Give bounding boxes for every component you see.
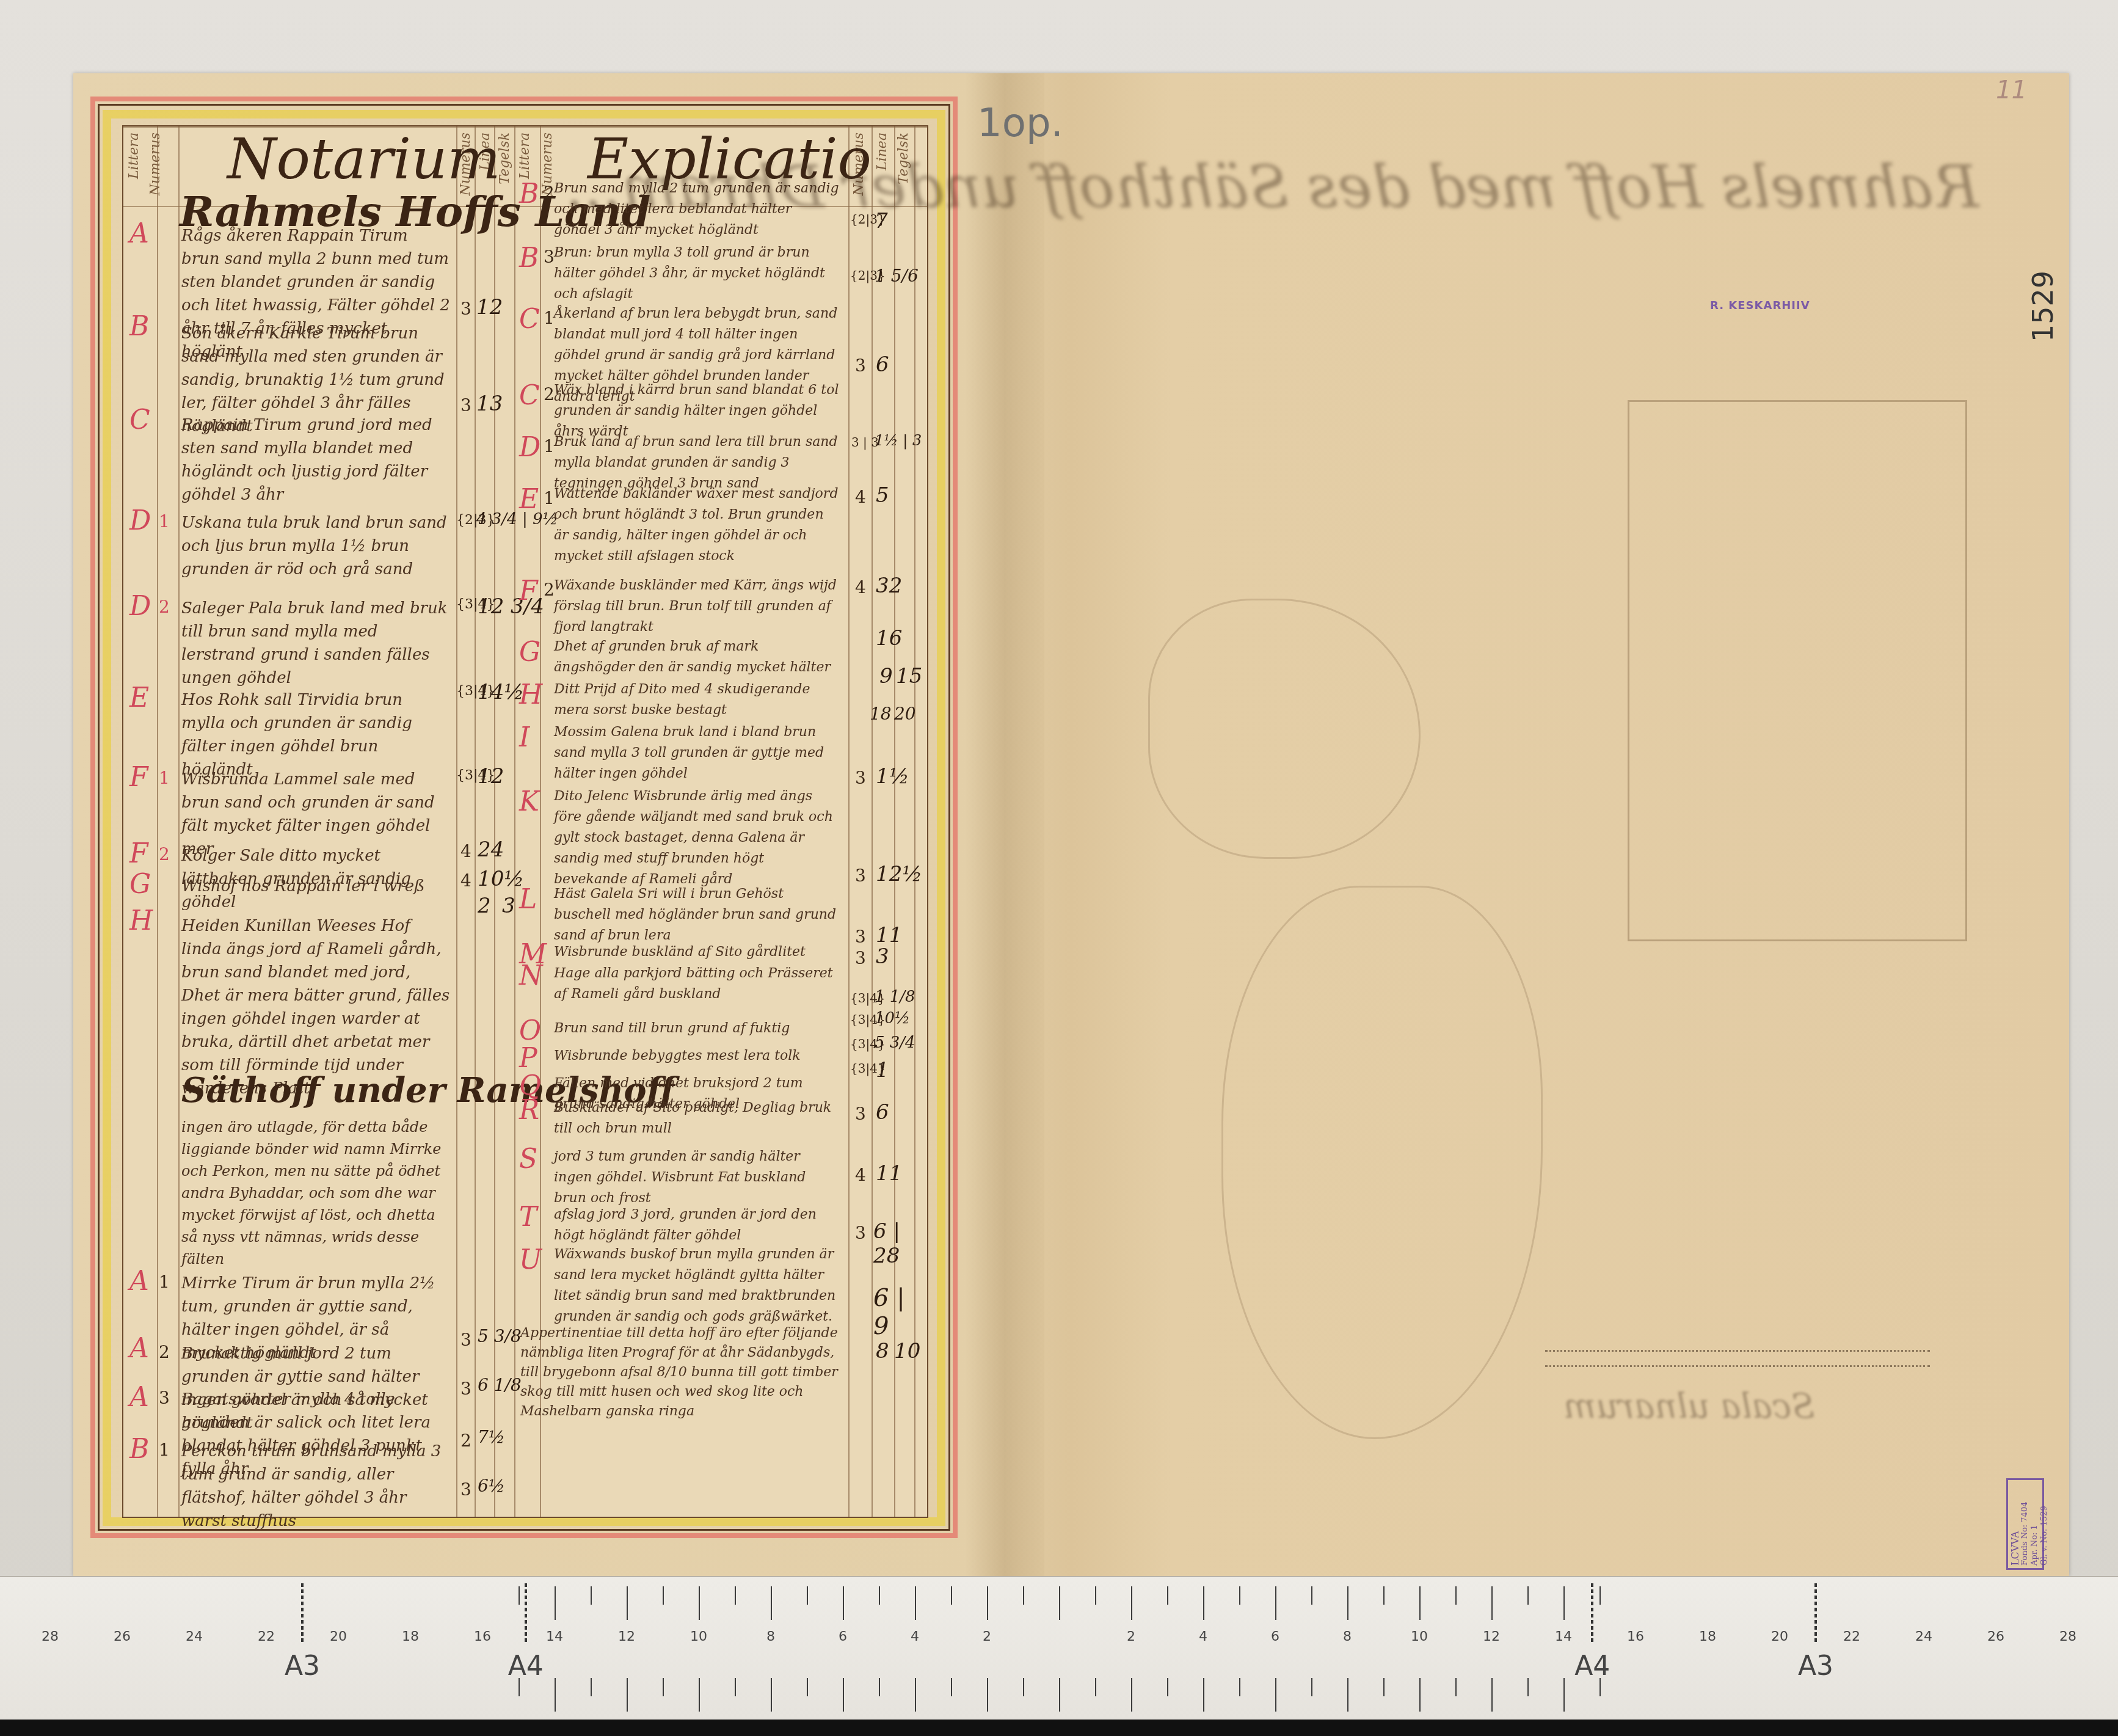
entry-value-numerus: 3 [460, 1479, 471, 1500]
ruler-tick-label: 24 [1915, 1629, 1932, 1644]
entry-value-linea: 1 [876, 1058, 889, 1082]
ruler-tick [807, 1586, 808, 1605]
ruler-tick-label: 26 [114, 1629, 131, 1644]
entry-letter: E [129, 682, 149, 713]
ruler-tick [1023, 1586, 1024, 1605]
entry-value-linea: 7½ [478, 1427, 505, 1447]
entry-value-tegelsk: 20 [894, 704, 916, 724]
appertinentiae-text: Appertinentiae till detta hoff äro efter… [520, 1324, 850, 1421]
entry-text: Dhet af grunden bruk af mark ängshögder … [554, 636, 841, 678]
entry-value-numerus: 3 [460, 1330, 471, 1350]
entry-text: Perckon tirum brunsand mylla 3 tum grund… [181, 1440, 450, 1533]
entry-value-linea: 1½ [876, 764, 909, 789]
entry-value-linea: 5 3/4 [875, 1034, 915, 1052]
entry-value-linea: 3 [876, 944, 889, 969]
title-notarium: Notarium [227, 126, 501, 192]
entry-letter: G [129, 869, 151, 900]
ruler-tick-label: 6 [1271, 1629, 1279, 1644]
entry-number: 1 [544, 308, 555, 328]
entry-text: afslag jord 3 jord, grunden är jord den … [554, 1205, 841, 1246]
ruler-tick [1599, 1586, 1601, 1605]
entry-text: Brun sand till brun grund af fuktig [554, 1018, 841, 1039]
stamp-line: Gl. v. No: 1529 [2040, 1483, 2050, 1566]
ruler-tick [1563, 1586, 1565, 1620]
entry-number: 2 [159, 1342, 170, 1362]
ruler-tick [1311, 1678, 1312, 1696]
entry-value-linea: 24 [478, 837, 504, 862]
entry-value-numerus: 4 [460, 841, 471, 861]
entry-text: Wisbrunde buskländ af Sito gårdlitet [554, 942, 841, 963]
ruler-tick [699, 1678, 700, 1712]
ruler-tick-label: 20 [1771, 1629, 1788, 1644]
ruler-tick [1239, 1678, 1240, 1696]
paper-size-marker: A4 [1574, 1650, 1610, 1682]
entry-letter: B [129, 311, 149, 342]
ruler-tick [951, 1678, 952, 1696]
ruler-tick [1095, 1678, 1096, 1696]
ruler-tick-label: 2 [983, 1629, 991, 1644]
entry-letter: B [519, 178, 539, 210]
paper-size-marker: A3 [285, 1650, 320, 1682]
entry-number: 1 [159, 1272, 170, 1292]
entry-letter: R [519, 1095, 539, 1126]
ruler-tick-label: 10 [690, 1629, 707, 1644]
ruler-tick [1059, 1586, 1060, 1620]
scale-label: Scala ulnarum [1563, 1387, 1815, 1426]
ruler-tick [1347, 1678, 1348, 1712]
entry-value-tegelsk: 15 [896, 664, 922, 688]
entry-value-numerus: 4 [460, 870, 471, 891]
ruler-tick [1023, 1678, 1024, 1696]
ruler-tick [1491, 1586, 1493, 1620]
entry-letter: C [519, 380, 540, 411]
ruler-tick [1455, 1586, 1457, 1605]
entry-number: 3 [544, 247, 555, 267]
entry-text: Mossim Galena bruk land i bland brun san… [554, 722, 841, 784]
entry-letter: A [129, 1333, 149, 1364]
entry-text: Wishof hos Rappain ler i wreß [181, 875, 450, 898]
entry-value-linea: 14½ [478, 680, 524, 704]
entry-letter: B [519, 243, 539, 274]
ruler-tick [771, 1586, 772, 1620]
mirrored-map-title: Rahmels Hoff med des Sähthoff under Dhra… [1075, 153, 1979, 221]
entry-letter: P [519, 1043, 537, 1074]
entry-letter: E [519, 484, 539, 515]
ruler-tick [987, 1678, 988, 1712]
scanner-edge [0, 1720, 2118, 1736]
paper-size-line [525, 1583, 527, 1644]
ruler-tick [1491, 1678, 1493, 1712]
stamp-line: Apr. No: 1 [2030, 1483, 2040, 1566]
entry-number: 1 [544, 436, 555, 456]
entry-number: 2 [544, 384, 555, 404]
entry-value-linea: 2 [478, 894, 491, 918]
paper-size-line [301, 1583, 304, 1644]
entry-letter: D [129, 505, 151, 536]
ruler-tick [1275, 1678, 1276, 1712]
ruler-tick-label: 8 [766, 1629, 775, 1644]
entry-value-linea: 1 1/8 [875, 988, 915, 1006]
entry-value-numerus: 3 [855, 1223, 866, 1243]
paper-size-line [1814, 1583, 1817, 1644]
appertinentiae-value-linea: 8 [876, 1339, 889, 1363]
entry-value-numerus: 3 [855, 927, 866, 947]
stamp-line: Fonds No: 7404 [2020, 1483, 2030, 1566]
ruler-tick [735, 1586, 736, 1605]
entry-text: Buskländer af Sito pradigt, Degliag bruk… [554, 1098, 841, 1139]
ruler-tick-label: 20 [330, 1629, 347, 1644]
ruler-tick-label: 12 [1483, 1629, 1500, 1644]
ruler-tick [843, 1678, 844, 1712]
entry-letter: F [129, 838, 148, 869]
entry-letter: C [129, 404, 150, 436]
entry-number: 1 [159, 1440, 170, 1460]
ruler-tick-label: 4 [911, 1629, 919, 1644]
column-header-littera: Littera [517, 133, 533, 179]
ruler-tick [1203, 1586, 1204, 1620]
entry-value-linea: 32 [876, 574, 902, 598]
ruler-tick [1095, 1586, 1096, 1605]
entry-letter: K [519, 786, 539, 817]
entry-number: 2 [159, 844, 170, 864]
ruler-tick-label: 14 [1555, 1629, 1572, 1644]
entry-value-linea: 13 [476, 392, 503, 416]
scale-bar [1545, 1350, 1930, 1367]
entry-value-numerus: 4 [855, 1165, 866, 1185]
appertinentiae-value-tegelsk: 10 [894, 1339, 920, 1363]
entry-letter: C [519, 304, 540, 335]
paper-size-marker: A3 [1798, 1650, 1833, 1682]
entry-value-linea: 16 [876, 626, 902, 651]
entry-value-tegelsk: 3 [502, 894, 515, 918]
ruler-tick [1239, 1586, 1240, 1605]
ruler-tick [591, 1586, 592, 1605]
ruler-tick-label: 28 [42, 1629, 59, 1644]
entry-letter: T [519, 1202, 537, 1233]
entry-value-linea: 12 [478, 764, 504, 789]
entry-letter: U [519, 1244, 542, 1275]
center-fold [965, 73, 1044, 1576]
entry-value-numerus: 3 [460, 1379, 471, 1399]
entry-number: 1 [544, 488, 555, 508]
ruler-tick [627, 1678, 628, 1712]
archive-stamp-keskarhiiv: R. KESKARHIIV [1710, 299, 1810, 312]
ruler-tick [807, 1678, 808, 1696]
entry-value-numerus: 4 [855, 577, 866, 597]
entry-value-numerus: 3 [855, 948, 866, 968]
ledger-table: Littera Numerus Numerus Linea Tegelsk Li… [122, 125, 928, 1518]
entry-number: 2 [544, 580, 555, 600]
entry-value-linea: 12 [476, 295, 503, 319]
ruler-tick-label: 26 [1987, 1629, 2004, 1644]
ruler-tick-label: 18 [402, 1629, 419, 1644]
entry-value-linea: 10½ [875, 1009, 910, 1027]
ruler-tick-label: 8 [1343, 1629, 1352, 1644]
entry-text: Wattende bakländer wäxer mest sandjord o… [554, 484, 841, 567]
ruler-tick [987, 1586, 988, 1620]
entry-text: Dito Jelenc Wisbrunde ärlig med ängs för… [554, 786, 841, 890]
ruler-tick-label: 2 [1127, 1629, 1135, 1644]
ruler-tick [699, 1586, 700, 1620]
entry-number: 3 [159, 1388, 170, 1408]
entry-value-linea: 9 [879, 664, 893, 688]
column-header-littera: Littera [126, 133, 142, 179]
pencil-note: 1op. [977, 101, 1063, 146]
ruler-tick [1131, 1586, 1132, 1620]
ruler-tick-label: 16 [1627, 1629, 1644, 1644]
ruler-tick-label: 14 [546, 1629, 563, 1644]
ruler-tick-label: 18 [1699, 1629, 1716, 1644]
entry-value-numerus: 4 [855, 487, 866, 507]
page-number: 11 [1996, 76, 2027, 104]
entry-value-linea: 6 | 28 [873, 1219, 927, 1268]
entry-value-linea: 18 [870, 704, 892, 724]
ruler-tick [1347, 1586, 1348, 1620]
entry-letter: F [129, 762, 148, 793]
entry-value-linea: 12½ [876, 862, 922, 886]
entry-value-linea: 6½ [478, 1476, 505, 1496]
entry-value-numerus: 3 [855, 866, 866, 886]
ruler-tick [843, 1586, 844, 1620]
entry-value-numerus: 3 [460, 299, 471, 319]
ruler-tick-label: 22 [258, 1629, 275, 1644]
ruler-tick [915, 1678, 916, 1712]
entry-text: Brun: brun mylla 3 toll grund är brun hä… [554, 243, 841, 305]
ruler-tick [1563, 1678, 1565, 1712]
entry-value-numerus: 3 [855, 1104, 866, 1124]
ruler-tick-label: 22 [1843, 1629, 1860, 1644]
ruler-tick-label: 10 [1411, 1629, 1428, 1644]
entry-value-linea: 4 3/4 | 9½ [476, 510, 558, 528]
entry-letter: D [129, 591, 151, 622]
stamp-title: LCVVA [2011, 1483, 2020, 1566]
ruler-tick [519, 1586, 520, 1605]
entry-text: Häst Galela Sri will i brun Gehöst busch… [554, 884, 841, 946]
ruler-tick-label: 6 [839, 1629, 847, 1644]
ruler-tick [879, 1678, 880, 1696]
ruler-tick [1275, 1586, 1276, 1620]
entry-letter: G [519, 636, 540, 668]
ruler-tick [915, 1586, 916, 1620]
ruler-tick [1527, 1586, 1529, 1605]
ruler-tick [1527, 1678, 1529, 1696]
entry-letter: H [519, 679, 542, 710]
ruler-tick [627, 1586, 628, 1620]
ruler-tick [555, 1678, 556, 1712]
entry-letter: F [519, 575, 538, 607]
entry-letter: L [519, 884, 537, 915]
entry-text: Rappain Tirum grund jord med sten sand m… [181, 414, 450, 506]
map-inset-frame [1628, 400, 1967, 941]
ruler-tick [771, 1678, 772, 1712]
ruler-tick-label: 16 [474, 1629, 491, 1644]
entry-value-numerus: 3 [855, 356, 866, 376]
entry-letter: B [129, 1434, 149, 1465]
entry-text: Wisbrunde bebyggtes mest lera tolk [554, 1046, 841, 1067]
entry-text: Wäxwands buskof brun mylla grunden är sa… [554, 1244, 841, 1327]
entry-value-linea: 11 [876, 923, 902, 947]
entry-value-linea: 6 [876, 1100, 889, 1125]
paper-size-marker: A4 [508, 1650, 544, 1682]
ruler-tick [1455, 1678, 1457, 1696]
ruler-tick [1059, 1678, 1060, 1712]
entry-value-linea: 1½ | 3 [875, 432, 922, 449]
entry-number: 1 [159, 511, 170, 531]
ruler-tick-label: 4 [1199, 1629, 1207, 1644]
paper-size-line [1591, 1583, 1593, 1644]
entry-number: 1 [159, 768, 170, 788]
lcvva-archive-stamp: LCVVA Fonds No: 7404 Apr. No: 1 Gl. v. N… [2006, 1478, 2044, 1570]
ruler-tick [735, 1678, 736, 1696]
entry-letter: O [519, 1015, 541, 1046]
entry-value-linea: 5 [876, 483, 889, 508]
entry-text: Ditt Prijd af Dito med 4 skudigerande me… [554, 679, 841, 721]
section-intro-text: ingen äro utlagde, för detta både liggia… [181, 1116, 450, 1270]
ruler-tick [1131, 1678, 1132, 1712]
ruler-tick [951, 1586, 952, 1605]
entry-letter: H [129, 905, 153, 936]
entry-value-numerus: 2 [460, 1431, 471, 1451]
entry-value-linea: 10½ [478, 867, 524, 891]
entry-letter: D [519, 432, 540, 463]
ruler-tick [663, 1586, 664, 1605]
entry-value-linea: 6 [876, 352, 889, 377]
entry-text: Wäxande buskländer med Kärr, ängs wijd f… [554, 575, 841, 638]
entry-letter: A [129, 1266, 149, 1297]
entry-number: 2 [159, 597, 170, 617]
ruler-tick-label: 12 [618, 1629, 635, 1644]
catalog-number: 1529 [2026, 271, 2059, 342]
ruler-tick [1203, 1678, 1204, 1712]
entry-value-numerus: 3 [855, 768, 866, 788]
ruler-tick [555, 1586, 556, 1620]
ruler-tick [591, 1678, 592, 1696]
ruler-tick-label: 24 [186, 1629, 203, 1644]
entry-letter: N [519, 960, 543, 991]
entry-text: Saleger Pala bruk land med bruk till bru… [181, 597, 450, 690]
entry-text: Uskana tula bruk land brun sand och ljus… [181, 511, 450, 581]
ruler-tick [1383, 1586, 1385, 1605]
ruler-tick [1167, 1586, 1168, 1605]
entry-text: Hage alla parkjord bätting och Prässeret… [554, 963, 841, 1005]
entry-value-numerus: 3 [460, 395, 471, 415]
ruler-tick [1419, 1586, 1421, 1620]
entry-letter: A [129, 1382, 149, 1413]
ruler-tick-label: 28 [2059, 1629, 2076, 1644]
ruler-tick [1383, 1678, 1385, 1696]
entry-value-linea: 11 [876, 1161, 902, 1186]
entry-letter: I [519, 722, 529, 753]
column-header-numerus: Numerus [148, 133, 163, 195]
entry-text: jord 3 tum grunden är sandig hälter inge… [554, 1147, 841, 1209]
entry-value-linea: 6 | 9 [873, 1284, 927, 1340]
measurement-ruler: 2826242220181614121086422468101214161820… [0, 1576, 2118, 1721]
entry-number: 2 [544, 183, 555, 203]
ruler-tick [663, 1678, 664, 1696]
ruler-tick [1419, 1678, 1421, 1712]
ruler-tick [1311, 1586, 1312, 1605]
ruler-tick [1167, 1678, 1168, 1696]
entry-value-linea: 5 3/8 [478, 1326, 522, 1346]
entry-value-linea: 6 1/8 [478, 1375, 522, 1395]
entry-letter: A [129, 218, 149, 249]
entry-value-linea: 1 5/6 [875, 266, 919, 286]
entry-letter: S [519, 1143, 537, 1175]
ruler-tick [879, 1586, 880, 1605]
